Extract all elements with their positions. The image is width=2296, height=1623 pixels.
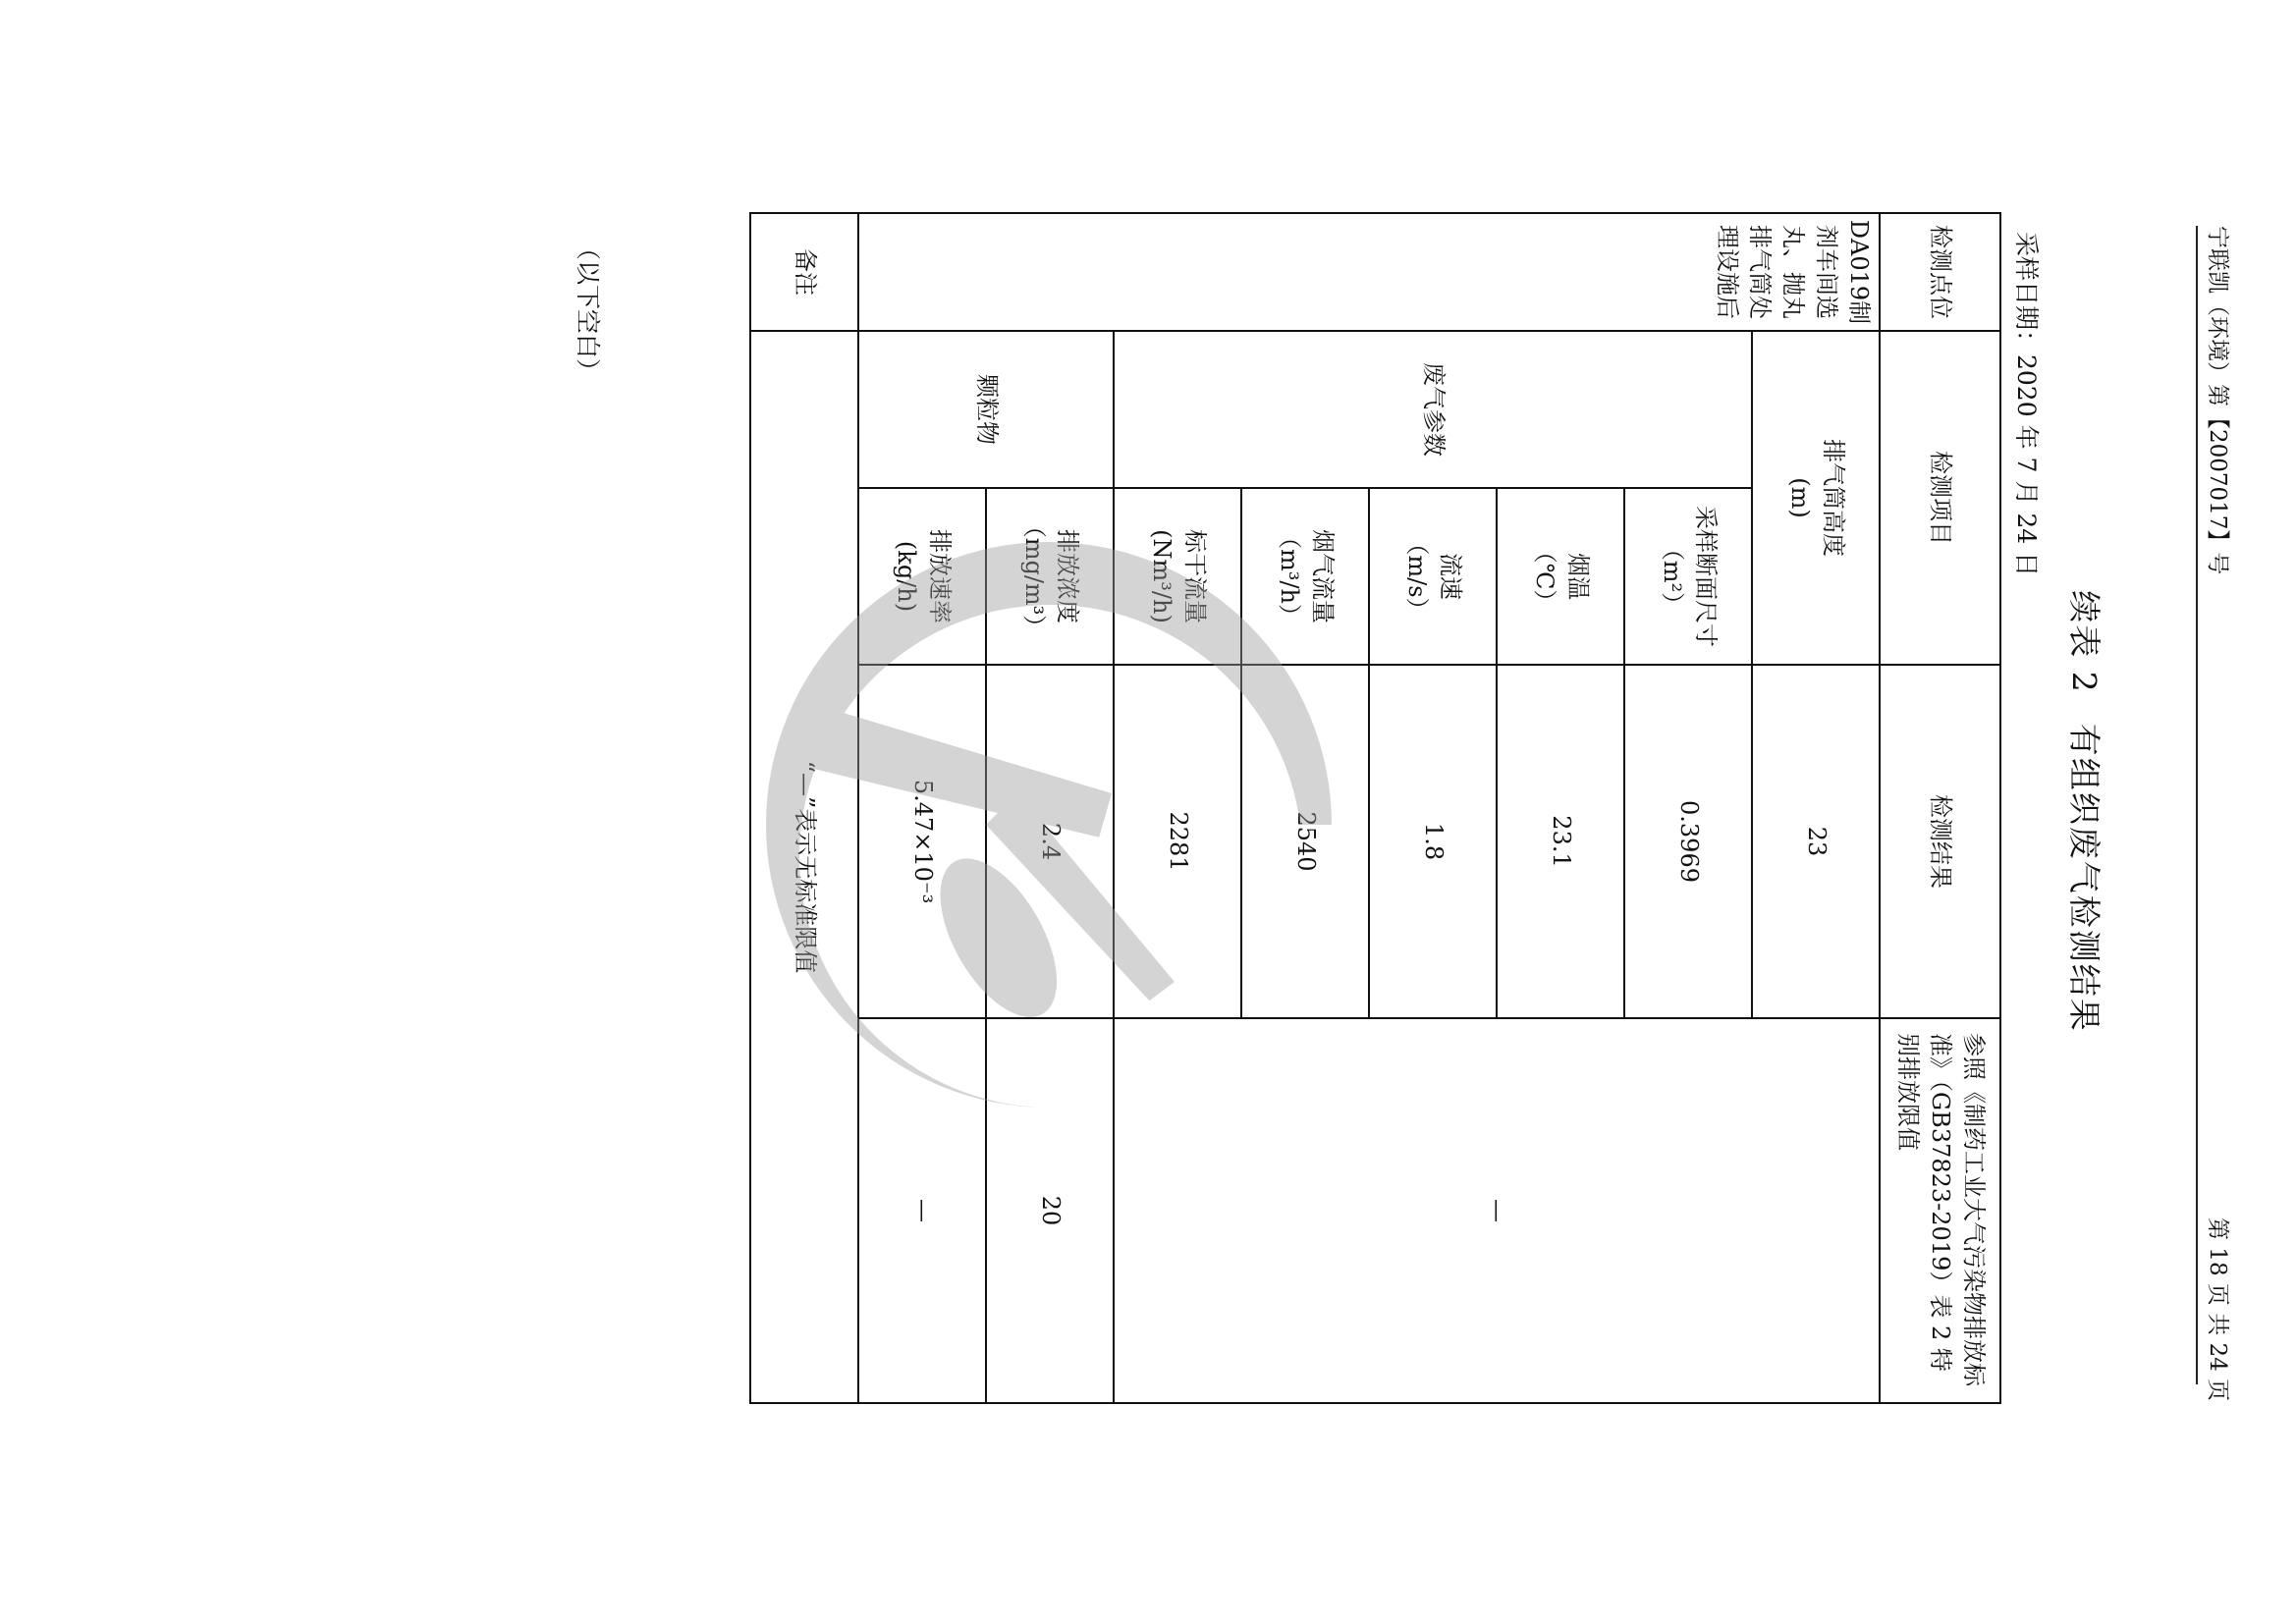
remarks-text: “—”表示无标准限值 [750, 331, 858, 1403]
header-result: 检测结果 [1880, 665, 2000, 1018]
table-header-row: 检测点位 检测项目 检测结果 参照《制药工业大气污染物排放标准》（GB37823… [1880, 213, 2000, 1403]
standard-cell: — [1114, 1018, 1880, 1403]
item-cell: 烟温（℃） [1497, 488, 1624, 665]
result-cell: 2.4 [986, 665, 1114, 1018]
report-page: 宁联凯（环境）第【2007017】号 第 18 页 共 24 页 续表 2有组织… [0, 0, 2296, 1623]
header-standard: 参照《制药工业大气污染物排放标准》（GB37823-2019）表 2 特别排放限… [1880, 1018, 2000, 1403]
result-cell: 2281 [1114, 665, 1241, 1018]
table-title-text: 有组织废气检测结果 [2065, 724, 2104, 1033]
item-cell: 排放速率(kg/h) [858, 488, 986, 665]
result-cell: 23.1 [1497, 665, 1624, 1018]
remarks-row: 备注 “—”表示无标准限值 [750, 213, 858, 1403]
item-cell: 标干流量(Nm³/h) [1114, 488, 1241, 665]
sample-date: 采样日期：2020 年 7 月 24 日 [2010, 232, 2046, 576]
remarks-label: 备注 [750, 213, 858, 331]
point-cell: DA019制剂车间选丸、抛丸排气筒处理设施后 [858, 213, 1880, 331]
header-point: 检测点位 [1880, 213, 2000, 331]
item-cell: 流速（m/s） [1369, 488, 1497, 665]
table-row: 颗粒物 排放浓度（mg/m³） 2.4 20 [986, 213, 1114, 1403]
item-cell: 采样断面尺寸（m²） [1624, 488, 1752, 665]
item-cell: 排气筒高度(m) [1752, 331, 1880, 665]
end-of-content-note: （以下空白） [572, 236, 607, 383]
result-cell: 0.3969 [1624, 665, 1752, 1018]
item-cell: 排放浓度（mg/m³） [986, 488, 1114, 665]
page-header: 宁联凯（环境）第【2007017】号 第 18 页 共 24 页 [2196, 226, 2241, 1384]
result-cell: 1.8 [1369, 665, 1497, 1018]
result-cell: 5.47×10⁻³ [858, 665, 986, 1018]
item-cell: 烟气流量（m³/h） [1241, 488, 1369, 665]
table-title: 续表 2有组织废气检测结果 [2063, 0, 2109, 1623]
result-cell: 23 [1752, 665, 1880, 1018]
exhaust-group-cell: 废气参数 [1114, 331, 1752, 488]
standard-cell: 20 [986, 1018, 1114, 1403]
page-indicator: 第 18 页 共 24 页 [2204, 1217, 2236, 1401]
header-item: 检测项目 [1880, 331, 2000, 665]
standard-cell: — [858, 1018, 986, 1403]
pollutant-cell: 颗粒物 [858, 331, 1114, 488]
table-title-prefix: 续表 2 [2065, 590, 2104, 694]
report-number: 宁联凯（环境）第【2007017】号 [2204, 226, 2236, 574]
result-cell: 2540 [1241, 665, 1369, 1018]
results-table: 检测点位 检测项目 检测结果 参照《制药工业大气污染物排放标准》（GB37823… [749, 212, 2001, 1404]
table-row: DA019制剂车间选丸、抛丸排气筒处理设施后 排气筒高度(m) 23 — [1752, 213, 1880, 1403]
